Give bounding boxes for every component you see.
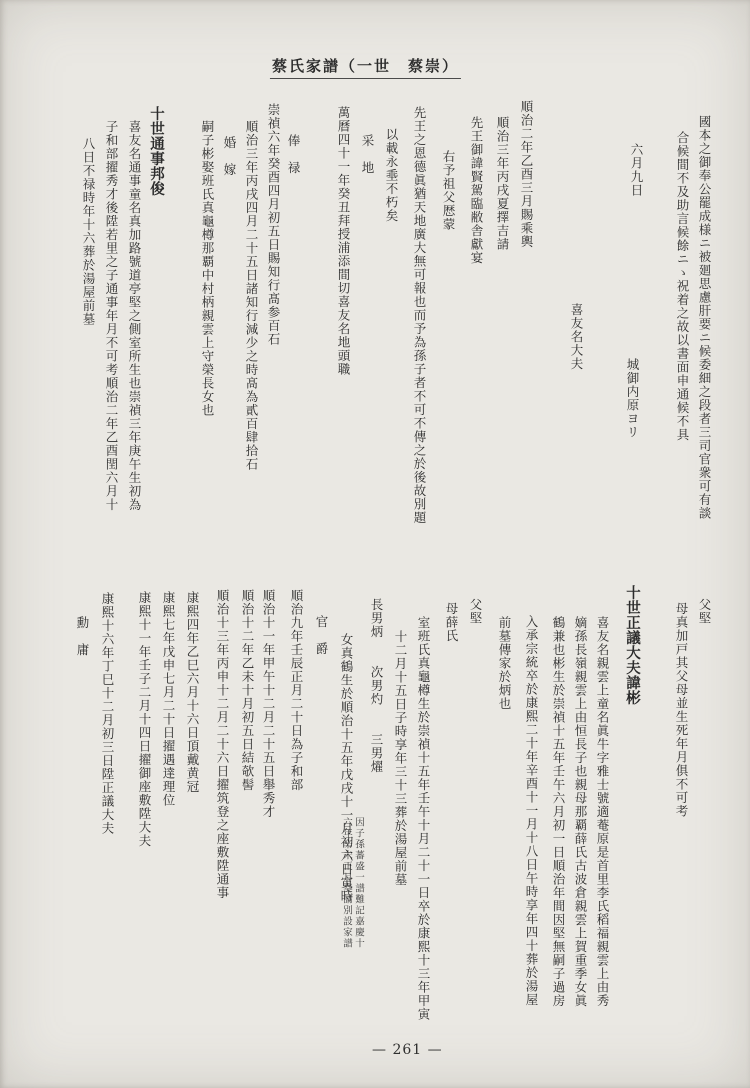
- generation-header: 十世正議大夫諱彬: [622, 585, 642, 705]
- genealogy-text-column: 入承宗統卒於康熙二十年辛酉十一月十八日午時享年四十葬於湯屋: [521, 615, 541, 1007]
- lower-text-block: 父堅母真加戸其父母並生死年月俱不可考十世正議大夫諱彬喜友名親雲上童名眞牛字雅士號…: [0, 0, 750, 1088]
- genealogy-text-column: 順治九年壬辰正月二十日為子和部: [286, 589, 306, 792]
- genealogy-text-column: 喜友名親雲上童名眞牛字雅士號適菴原是首里李氏稻福親雲上由秀: [592, 616, 612, 1008]
- genealogy-text-column: 順治十一年甲午十二月二十五日舉秀才: [258, 589, 278, 819]
- genealogy-text-column: 父堅: [465, 598, 485, 625]
- genealogy-scanned-page: 蔡氏家譜（一世 蔡崇） 國本之御奉公罷成様ニ被廻思慮肝要ニ候委細之段者三司官衆可…: [0, 0, 750, 1088]
- genealogy-text-column: 康熙七年戊申七月二十日擢遇達理位: [158, 591, 178, 807]
- genealogy-text-column: 母薛氏: [441, 602, 461, 643]
- page-number: — 261 —: [372, 1042, 443, 1058]
- genealogy-text-column: 女真鶴生於順治十五年戊戌十一月初六日寅時: [336, 633, 356, 903]
- genealogy-text-column: 康熙十六年丁巳十二月初三日陞正議大夫: [97, 592, 117, 835]
- genealogy-text-column: 前墓傳家於炳也: [494, 616, 514, 711]
- genealogy-text-column: 康熙十一年壬子二月十四日擢御座敷陞大夫: [134, 591, 154, 848]
- section-header: 勳 庸: [72, 616, 92, 657]
- genealogy-text-column: 十二月十五日子時享年三十三葬於湯屋前墓: [390, 630, 410, 887]
- genealogy-text-column: 父堅: [694, 598, 714, 625]
- section-header: 官 爵: [311, 615, 331, 656]
- genealogy-text-column: 康熙四年乙巳六月十六日頂戴黄冠: [182, 591, 202, 794]
- genealogy-text-column: 嫡孫長嶺親雲上由恒長子也親母那覇薛氏古波倉親雲上賀重季女眞: [570, 616, 590, 1008]
- genealogy-text-column: 母真加戸其父母並生死年月俱不可考: [671, 602, 691, 818]
- genealogy-text-column: 長男炳 次男灼 三男燿: [366, 598, 386, 774]
- genealogy-text-column: 順治十二年乙未十月初五日結欹髻: [237, 589, 257, 792]
- genealogy-text-column: 室班氏真龜樽生於崇禎十五年壬午十月二十一日卒於康熙十三年甲寅: [413, 616, 433, 1021]
- genealogy-text-column: 鶴兼也彬生於崇禎十五年壬午六月初一日順治年間因堅無嗣子過房: [548, 616, 568, 1008]
- genealogy-text-column: 順治十三年丙申十二月二十六日擢筑登之座敷陞通事: [212, 589, 232, 900]
